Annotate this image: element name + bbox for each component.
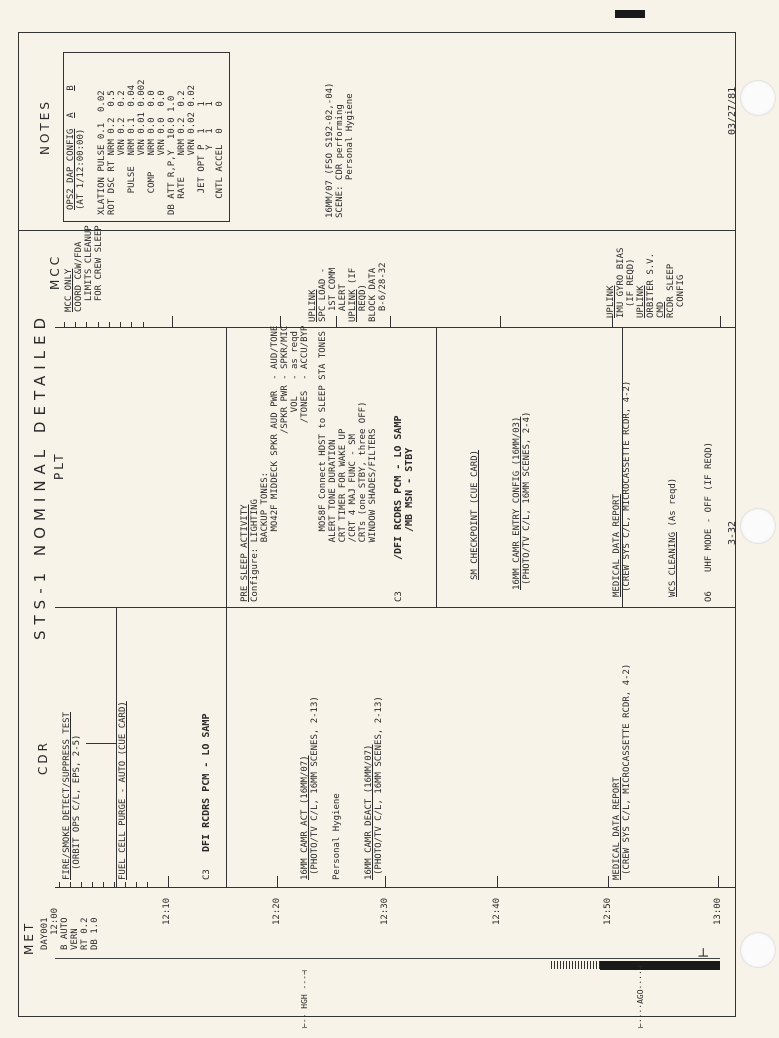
uplink-line: B-6/28-32 [378, 262, 388, 322]
met-config-line: DB 1.0 [90, 917, 100, 950]
hgh-marker: ⊢-- HGH ---⊣ [300, 970, 310, 1028]
dap-config-title: OPS2 DAP CONFIG A B [66, 85, 76, 210]
plt-o6-label: O6 [704, 591, 714, 602]
frame-top [18, 32, 736, 33]
divider-cdr-met [55, 887, 735, 888]
divider-notes-mcc [18, 230, 736, 231]
cmd-title: CMD [656, 302, 666, 318]
met-day: DAY001 [40, 917, 50, 950]
mcc-only-title: MCC ONLY [64, 269, 74, 312]
column-header-notes: NOTES [38, 99, 52, 155]
cdr-medical-ref: (CREW SYS C/L, MICROCASSETTE RCDR, 4-2) [622, 664, 632, 875]
sleep-period-bar [600, 961, 720, 970]
dap-row: XLATION PULSE 0.1 0.02 [97, 90, 107, 215]
fire-smoke-ref: (ORBIT OPS C/L, EPS, 2-5) [72, 735, 82, 870]
met-start-time: 12:00 [50, 908, 60, 935]
met-tick-label: 13:00 [713, 898, 723, 925]
uplink-line: SPC LOAD - [318, 268, 328, 322]
date-stamp: 03/27/81 [728, 87, 738, 135]
sm-checkpoint: SM CHECKPOINT (CUE CARD) [470, 450, 480, 580]
plt-medical-ref: (CREW SYS C/L, MICROCASSETTE RCDR, 4-2) [622, 381, 632, 592]
dap-row: VRN 0.01 0.002 [137, 80, 147, 215]
dap-row: VRN 0.2 0.2 [117, 90, 127, 215]
pre-sleep-line: Configure: LIGHTING [250, 499, 260, 602]
dap-row: VRN 0.0 0.0 [157, 90, 167, 215]
uplink-line: 1ST COMM [328, 268, 338, 322]
plt-split-12-33 [436, 327, 437, 607]
dap-row: PULSE NRM 0.1 0.04 [127, 85, 137, 215]
plt-split-12-15 [226, 327, 227, 887]
uplink-imu-title: UPLINK [606, 285, 616, 318]
uplink-block-data-title: UPLINK (IF [348, 268, 358, 322]
uplink-line: ORBITER S.V. [646, 253, 656, 318]
binder-hole-top [740, 80, 776, 116]
sleep-period-hatch [551, 961, 600, 969]
frame-left [18, 32, 19, 1017]
met-tick-label: 12:30 [380, 898, 390, 925]
pre-sleep-line: CRTs (one STBY, three OFF) [358, 402, 368, 602]
divider-mcc-plt [55, 327, 735, 328]
met-config-line: RT 0.2 [80, 917, 90, 950]
dap-row: RATE NRM 0.2 0.2 [177, 90, 187, 215]
column-header-met: MET [22, 921, 36, 955]
wcs-cleaning: WCS CLEANING (As reqd) [668, 478, 678, 597]
mcc-only-line: LIMITS CLEANUP [84, 225, 94, 312]
divider-plt-cdr [55, 607, 735, 608]
document-title: STS-1 NOMINAL DETAILED [32, 312, 48, 640]
binder-hole-middle [740, 508, 776, 544]
plt-dfi-rcdrs: /DFI RCDRS PCM - LO SAMP [394, 416, 404, 561]
uplink-line: REQD) [358, 284, 368, 322]
dap-row: DB ATT R,P,Y 10.0 1.0 [167, 96, 177, 215]
camr-deact-ref: (PHOTO/TV C/L, 16MM SCENES, 2-13) [374, 696, 384, 875]
plt-c3-label: C3 [394, 591, 404, 602]
plt-mb-msn: /MB MSN - STBY [405, 448, 415, 532]
cmd-line: CONFIG [676, 275, 686, 318]
cdr-medical-title: MEDICAL DATA REPORT [612, 777, 622, 880]
met-tick-label: 12:50 [603, 898, 613, 925]
column-header-plt: PLT [52, 451, 66, 480]
pre-sleep-line: /SPKR PWR - SPKR/MIC [280, 326, 290, 602]
uhf-mode: UHF MODE - OFF (IF REQD) [704, 442, 714, 572]
met-lower-rule [55, 958, 720, 959]
dap-row: CNTL ACCEL 0 0 [215, 101, 225, 215]
binder-hole-bottom [740, 932, 776, 968]
camr-act-title: 16MM CAMR ACT (16MM/07) [300, 755, 310, 880]
uplink-line: IMU GYRO BIAS [616, 248, 626, 318]
pre-sleep-line: /TONES - ACCU/BYP [300, 326, 310, 602]
cdr-dfi-rcdrs: DFI RCDRS PCM - LO SAMP [202, 714, 212, 852]
ago-marker: ⊢····AGO····⊣ [636, 965, 646, 1028]
met-tick-label: 12:20 [272, 898, 282, 925]
camr-deact-title: 16MM CAMR DEACT (16MM/07) [364, 745, 374, 880]
pre-sleep-line: WINDOW SHADES/FILTERS [368, 429, 378, 602]
met-config-line: VERN [70, 928, 80, 950]
pre-sleep-line: CRT TIMER FOR WAKE UP [338, 429, 348, 602]
page-number: 3-32 [728, 521, 738, 545]
notes-scene-line: SCENE: CDR performing [335, 104, 345, 218]
uplink-spc-load-title: UPLINK [308, 289, 318, 322]
uplink-line: (IF REQD) [626, 258, 636, 318]
camr-entry-title: 16MM CAMR ENTRY CONFIG (16MM/03) [512, 417, 522, 590]
met-tick-label: 12:10 [162, 898, 172, 925]
dap-row: Y 1 1 [205, 101, 215, 215]
met-tick-label: 12:40 [492, 898, 502, 925]
fuel-cell-purge: FUEL CELL PURGE - AUTO (CUE CARD) [118, 701, 128, 880]
fire-smoke-title: FIRE/SMOKE DETECT/SUPPRESS TEST [62, 712, 72, 880]
column-header-mcc: MCC [48, 254, 62, 290]
pre-sleep-line: VOL - as reqd [290, 331, 300, 602]
pre-sleep-line: /CRT 4 MAJ FUNC - SM [348, 434, 358, 602]
cdr-c3-label: C3 [202, 869, 212, 880]
met-config-line: B AUTO [60, 917, 70, 950]
column-header-cdr: CDR [36, 740, 50, 775]
uplink-orbiter-title: UPLINK [636, 285, 646, 318]
pre-sleep-line: MO42F MIDDECK SPKR AUD PWR - AUD/TONE [270, 326, 280, 602]
cdr-split-12-05 [116, 607, 117, 887]
mcc-only-line: COORD C&W/FDA [74, 242, 84, 312]
uplink-line: BLOCK DATA [368, 268, 378, 322]
dap-row: COMP NRM 0.0 0.0 [147, 90, 157, 215]
cdr-fuel-cell-leader [86, 743, 116, 744]
page-tab-mark [615, 10, 645, 18]
uplink-line: ALERT [338, 284, 348, 322]
dap-config-subtitle: (AT 1/12:00:00) [76, 129, 86, 210]
camr-entry-ref: (PHOTO/TV C/L, 16MM SCENES, 2-4) [522, 412, 532, 585]
dap-row: VRN 0.02 0.02 [187, 85, 197, 215]
dap-row: ROT DSC RT NRM 0.2 0.5 [107, 90, 117, 215]
plt-medical-title: MEDICAL DATA REPORT [612, 494, 622, 597]
sleep-start-marker-icon: ⊢ [700, 947, 710, 958]
pre-sleep-line: BACKUP TONES: [260, 472, 270, 602]
pre-sleep-title: PRE SLEEP ACTIVITY [240, 504, 250, 602]
pre-sleep-line: MO58F Connect HDST to SLEEP STA TONES [318, 331, 328, 602]
notes-fso-line: 16MM/07 (FSO S192-02,-04) [325, 83, 335, 218]
personal-hygiene: Personal Hygiene [332, 793, 342, 880]
camr-act-ref: (PHOTO/TV C/L, 16MM SCENES, 2-13) [310, 696, 320, 875]
notes-scene-line-2: Personal Hygiene [345, 93, 355, 218]
pre-sleep-line: ALERT TONE DURATION [328, 439, 338, 602]
frame-bottom [18, 1016, 230, 1017]
cmd-line: RCDR SLEEP [666, 264, 676, 318]
mcc-only-line: FOR CREW SLEEP [94, 225, 104, 312]
